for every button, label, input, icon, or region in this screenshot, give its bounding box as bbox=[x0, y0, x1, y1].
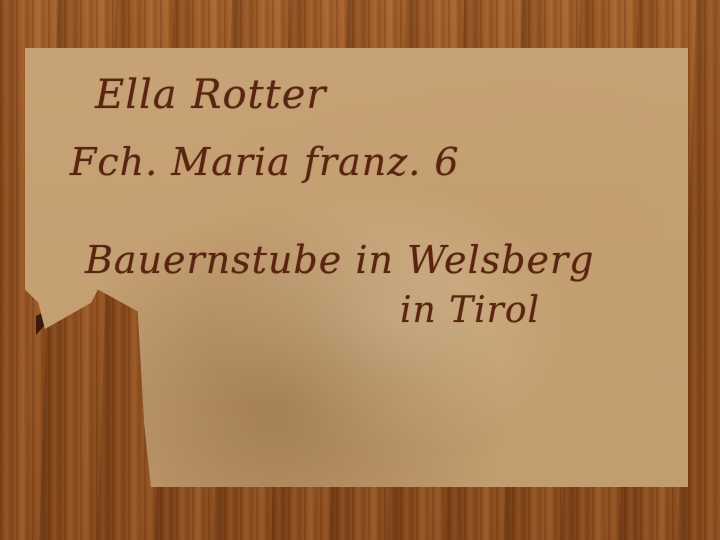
label-line-location: in Tirol bbox=[400, 290, 540, 331]
label-line-address: Fch. Maria franz. 6 bbox=[70, 140, 460, 184]
label-line-title: Bauernstube in Welsberg bbox=[85, 238, 594, 282]
label-line-name: Ella Rotter bbox=[95, 72, 327, 118]
